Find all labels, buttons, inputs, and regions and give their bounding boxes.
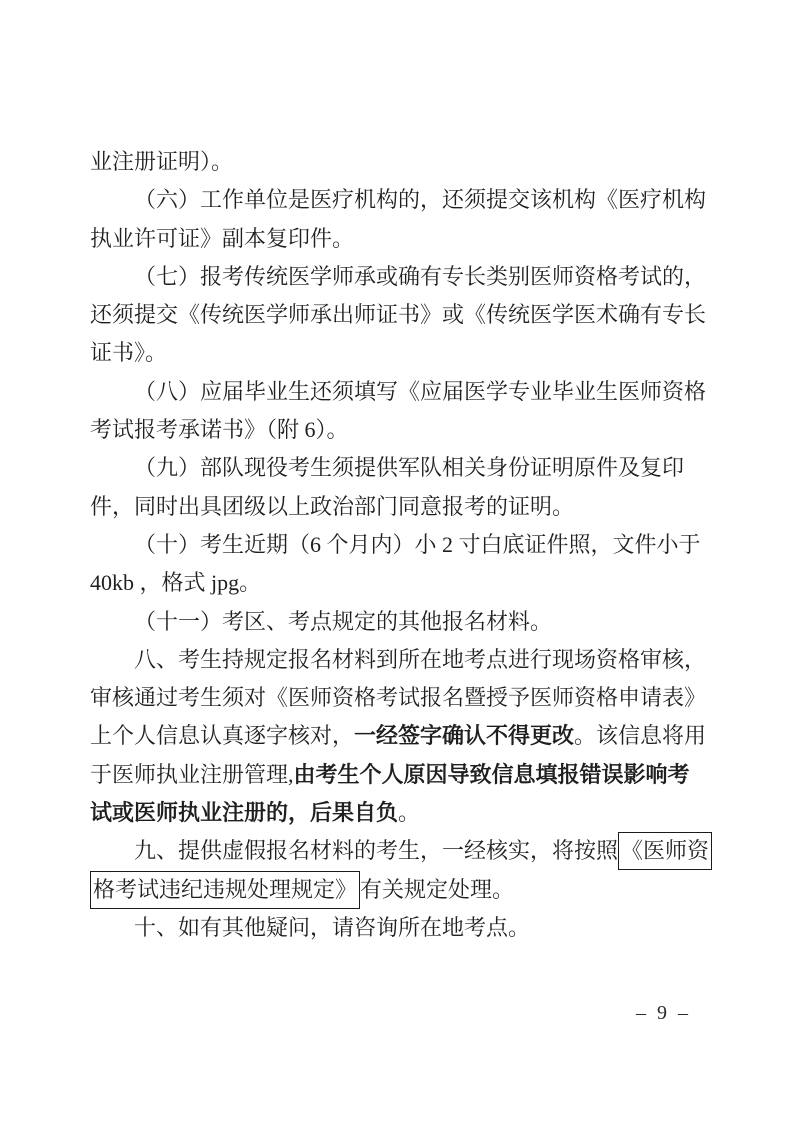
document-line: 试或医师执业注册的，后果自负。: [90, 794, 715, 832]
text-run: 九、提供虚假报名材料的考生，一经核实，将按照: [134, 838, 618, 863]
text-run: （九）部队现役考生须提供军队相关身份证明原件及复印: [134, 455, 684, 480]
text-run: 40kb ，格式 jpg。: [90, 570, 261, 595]
document-line: 40kb ，格式 jpg。: [90, 564, 715, 602]
text-run: 有关规定处理。: [360, 877, 514, 902]
text-run: （十）考生近期（6 个月内）小 2 寸白底证件照，文件小于: [134, 532, 701, 557]
document-page: 业注册证明）。 （六）工作单位是医疗机构的，还须提交该机构《医疗机构 执业许可证…: [0, 0, 793, 1122]
document-line: （七）报考传统医学师承或确有专长类别医师资格考试的，: [90, 258, 715, 296]
text-run: （八）应届毕业生还须填写《应届医学专业毕业生医师资格: [134, 379, 706, 404]
document-line: 执业许可证》副本复印件。: [90, 220, 715, 258]
text-run: 上个人信息认真逐字核对，: [90, 723, 354, 748]
text-run: 执业许可证》副本复印件。: [90, 226, 354, 251]
document-line: 八、考生持规定报名材料到所在地考点进行现场资格审核，: [90, 641, 715, 679]
text-run: 审核通过考生须对《医师资格考试报名暨授予医师资格申请表》: [90, 685, 706, 710]
document-line: （八）应届毕业生还须填写《应届医学专业毕业生医师资格: [90, 373, 715, 411]
annotation-boxed-text: 格考试违纪违规处理规定》: [90, 871, 360, 909]
text-run: 证书》。: [90, 340, 167, 365]
document-line: 证书》。: [90, 334, 715, 372]
text-run: （七）报考传统医学师承或确有专长类别医师资格考试的，: [134, 264, 706, 289]
text-run: 。该信息将用: [574, 723, 706, 748]
text-run: 还须提交《传统医学师承出师证书》或《传统医学医术确有专长: [90, 302, 706, 327]
document-line: 九、提供虚假报名材料的考生，一经核实，将按照《医师资: [90, 832, 715, 870]
text-run: （十一）考区、考点规定的其他报名材料。: [134, 609, 552, 634]
document-line: 于医师执业注册管理,由考生个人原因导致信息填报错误影响考: [90, 756, 715, 794]
document-line: 十、如有其他疑问，请咨询所在地考点。: [90, 909, 715, 947]
text-run: 考试报考承诺书》（附 6）。: [90, 417, 349, 442]
document-line: （十）考生近期（6 个月内）小 2 寸白底证件照，文件小于: [90, 526, 715, 564]
document-line: 审核通过考生须对《医师资格考试报名暨授予医师资格申请表》: [90, 679, 715, 717]
document-line: 考试报考承诺书》（附 6）。: [90, 411, 715, 449]
document-line: 还须提交《传统医学师承出师证书》或《传统医学医术确有专长: [90, 296, 715, 334]
bold-text-run: 试或医师执业注册的，后果自负: [90, 800, 398, 825]
bold-text-run: 一经签字确认不得更改: [354, 723, 574, 748]
bold-text-run: 由考生个人原因导致信息填报错误影响考: [294, 762, 690, 787]
document-line: 上个人信息认真逐字核对，一经签字确认不得更改。该信息将用: [90, 717, 715, 755]
document-line: （九）部队现役考生须提供军队相关身份证明原件及复印: [90, 449, 715, 487]
document-line: 件，同时出具团级以上政治部门同意报考的证明。: [90, 488, 715, 526]
annotation-boxed-text: 《医师资: [618, 832, 712, 870]
text-run: 八、考生持规定报名材料到所在地考点进行现场资格审核，: [134, 647, 706, 672]
document-line: （六）工作单位是医疗机构的，还须提交该机构《医疗机构: [90, 181, 715, 219]
text-run: 十、如有其他疑问，请咨询所在地考点。: [134, 915, 530, 940]
page-number: – 9 –: [636, 1002, 691, 1025]
document-line: 业注册证明）。: [90, 143, 715, 181]
text-run: 业注册证明）。: [90, 149, 233, 174]
document-body: 业注册证明）。 （六）工作单位是医疗机构的，还须提交该机构《医疗机构 执业许可证…: [90, 143, 715, 947]
text-run: 件，同时出具团级以上政治部门同意报考的证明。: [90, 494, 574, 519]
text-run: （六）工作单位是医疗机构的，还须提交该机构《医疗机构: [134, 187, 706, 212]
text-run: 于医师执业注册管理,: [90, 762, 294, 787]
document-line: （十一）考区、考点规定的其他报名材料。: [90, 603, 715, 641]
text-run: 。: [398, 800, 420, 825]
document-line: 格考试违纪违规处理规定》有关规定处理。: [90, 871, 715, 909]
